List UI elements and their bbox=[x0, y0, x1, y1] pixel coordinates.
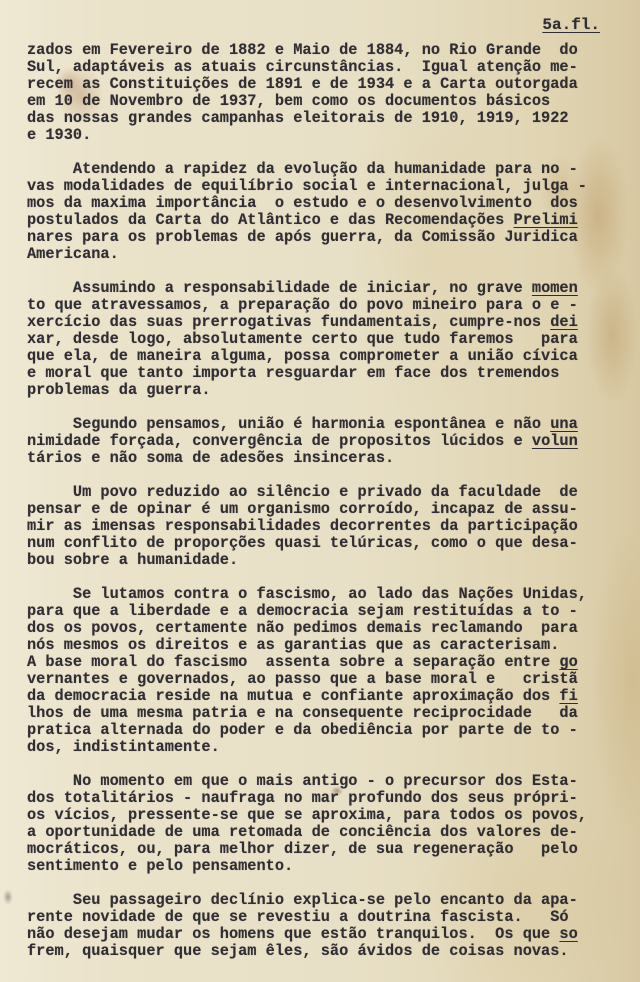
text-line: dos totalitários - naufraga no mar profu… bbox=[27, 790, 587, 807]
text-fragment: vernantes e governados, ao passo que a b… bbox=[27, 670, 578, 688]
paragraph: Segundo pensamos, união é harmonia espon… bbox=[27, 416, 587, 467]
text-line: pensar e de opinar é um organismo corroí… bbox=[27, 501, 587, 518]
text-line: mos da maxima importância o estudo e o d… bbox=[27, 195, 587, 212]
text-fragment: não desejam mudar os homens que estão tr… bbox=[27, 925, 559, 943]
text-fragment: problemas da guerra. bbox=[27, 381, 211, 399]
text-line: para que a liberdade e a democracia seja… bbox=[27, 603, 587, 620]
text-line: postulados da Carta do Atlântico e das R… bbox=[27, 212, 587, 229]
text-line: problemas da guerra. bbox=[27, 382, 587, 399]
text-line: Atendendo a rapidez da evolução da human… bbox=[27, 161, 587, 178]
text-line: das nossas grandes campanhas eleitorais … bbox=[27, 110, 587, 127]
text-fragment: Atendendo a rapidez da evolução da human… bbox=[27, 160, 578, 178]
text-line: sentimento e pelo pensamento. bbox=[27, 858, 587, 875]
text-fragment: A base moral do fascismo assenta sobre a… bbox=[27, 653, 559, 671]
paragraph: Um povo reduzido ao silêncio e privado d… bbox=[27, 484, 587, 569]
text-line: Americana. bbox=[27, 246, 587, 263]
text-fragment: Assumindo a responsabilidade de iniciar,… bbox=[27, 279, 532, 297]
text-line: e moral que tanto importa resguardar em … bbox=[27, 365, 587, 382]
text-line: dos, indistintamente. bbox=[27, 739, 587, 756]
underlined-fragment: go bbox=[559, 653, 577, 671]
text-line: A base moral do fascismo assenta sobre a… bbox=[27, 654, 587, 671]
text-line: bou sobre a humanidade. bbox=[27, 552, 587, 569]
text-line: tários e não soma de adesões insinceras. bbox=[27, 450, 587, 467]
text-fragment: da democracia reside na mutua e confiant… bbox=[27, 687, 559, 705]
text-line: Um povo reduzido ao silêncio e privado d… bbox=[27, 484, 587, 501]
text-line: xar, desde logo, absolutamente certo que… bbox=[27, 331, 587, 348]
text-line: mocráticos, ou, para melhor dizer, de su… bbox=[27, 841, 587, 858]
text-fragment: das nossas grandes campanhas eleitorais … bbox=[27, 109, 569, 127]
text-fragment: rente novidade de que se revestiu a dout… bbox=[27, 908, 569, 926]
text-line: vas modalidades de equilíbrio social e i… bbox=[27, 178, 587, 195]
text-line: lhos de uma mesma patria e na consequent… bbox=[27, 705, 587, 722]
underlined-fragment: una bbox=[550, 415, 578, 433]
text-line: num conflito de proporções quasi telúric… bbox=[27, 535, 587, 552]
text-line: mir as imensas responsabilidades decorre… bbox=[27, 518, 587, 535]
text-line: zados em Fevereiro de 1882 e Maio de 188… bbox=[27, 42, 587, 59]
text-fragment: Um povo reduzido ao silêncio e privado d… bbox=[27, 483, 578, 501]
text-line: em 10 de Novembro de 1937, bem como os d… bbox=[27, 93, 587, 110]
text-fragment: Americana. bbox=[27, 245, 119, 263]
paragraph: zados em Fevereiro de 1882 e Maio de 188… bbox=[27, 42, 587, 144]
page-number: 5a.fl. bbox=[542, 16, 600, 34]
text-fragment: a oportunidade de uma retomada de conciê… bbox=[27, 823, 578, 841]
text-fragment: mocráticos, ou, para melhor dizer, de su… bbox=[27, 840, 578, 858]
paragraph: Assumindo a responsabilidade de iniciar,… bbox=[27, 280, 587, 399]
underlined-fragment: so bbox=[559, 925, 577, 943]
text-line: Sul, adaptáveis as atuais circunstâncias… bbox=[27, 59, 587, 76]
text-line: vernantes e governados, ao passo que a b… bbox=[27, 671, 587, 688]
underlined-fragment: volun bbox=[532, 432, 578, 450]
text-fragment: postulados da Carta do Atlântico e das R… bbox=[27, 211, 514, 229]
text-line: não desejam mudar os homens que estão tr… bbox=[27, 926, 587, 943]
text-fragment: dos, indistintamente. bbox=[27, 738, 220, 756]
text-line: No momento em que o mais antigo - o prec… bbox=[27, 773, 587, 790]
text-fragment: Seu passageiro declínio explica-se pelo … bbox=[27, 891, 578, 909]
text-fragment: para que a liberdade e a democracia seja… bbox=[27, 602, 578, 620]
text-line: Segundo pensamos, união é harmonia espon… bbox=[27, 416, 587, 433]
text-fragment: recem as Constituições de 1891 e de 1934… bbox=[27, 75, 578, 93]
text-line: nares para os problemas de após guerra, … bbox=[27, 229, 587, 246]
underlined-fragment: Prelimi bbox=[514, 211, 578, 229]
paragraph: Atendendo a rapidez da evolução da human… bbox=[27, 161, 587, 263]
text-line: Assumindo a responsabilidade de iniciar,… bbox=[27, 280, 587, 297]
text-fragment: xar, desde logo, absolutamente certo que… bbox=[27, 330, 578, 348]
text-line: Se lutamos contra o fascismo, ao lado da… bbox=[27, 586, 587, 603]
text-fragment: os vícios, pressente-se que se aproxima,… bbox=[27, 806, 587, 824]
text-line: xercício das suas prerrogativas fundamen… bbox=[27, 314, 587, 331]
text-fragment: mir as imensas responsabilidades decorre… bbox=[27, 517, 578, 535]
text-fragment: xercício das suas prerrogativas fundamen… bbox=[27, 313, 550, 331]
text-fragment: sentimento e pelo pensamento. bbox=[27, 857, 293, 875]
text-fragment: Segundo pensamos, união é harmonia espon… bbox=[27, 415, 550, 433]
paragraph: Se lutamos contra o fascismo, ao lado da… bbox=[27, 586, 587, 756]
document-page: 5a.fl. zados em Fevereiro de 1882 e Maio… bbox=[0, 0, 640, 982]
text-fragment: e 1930. bbox=[27, 126, 91, 144]
text-line: da democracia reside na mutua e confiant… bbox=[27, 688, 587, 705]
text-fragment: pensar e de opinar é um organismo corroí… bbox=[27, 500, 578, 518]
text-line: nós mesmos os direitos e as garantias qu… bbox=[27, 637, 587, 654]
text-fragment: e moral que tanto importa resguardar em … bbox=[27, 364, 559, 382]
text-line: nimidade forçada, convergência de propos… bbox=[27, 433, 587, 450]
text-fragment: nimidade forçada, convergência de propos… bbox=[27, 432, 532, 450]
paragraph: Seu passageiro declínio explica-se pelo … bbox=[27, 892, 587, 960]
text-fragment: que ela, de maneira alguma, possa compro… bbox=[27, 347, 578, 365]
text-fragment: em 10 de Novembro de 1937, bem como os d… bbox=[27, 92, 550, 110]
text-fragment: dos totalitários - naufraga no mar profu… bbox=[27, 789, 578, 807]
text-line: to que atravessamos, a preparação do pov… bbox=[27, 297, 587, 314]
underlined-fragment: fi bbox=[559, 687, 577, 705]
text-fragment: Se lutamos contra o fascismo, ao lado da… bbox=[27, 585, 587, 603]
text-fragment: pratica alternada do poder e da obediênc… bbox=[27, 721, 578, 739]
text-fragment: vas modalidades de equilíbrio social e i… bbox=[27, 177, 587, 195]
text-line: dos os povos, certamente não pedimos dem… bbox=[27, 620, 587, 637]
text-line: recem as Constituições de 1891 e de 1934… bbox=[27, 76, 587, 93]
text-fragment: nares para os problemas de após guerra, … bbox=[27, 228, 578, 246]
text-line: e 1930. bbox=[27, 127, 587, 144]
text-fragment: mos da maxima importância o estudo e o d… bbox=[27, 194, 578, 212]
document-body: zados em Fevereiro de 1882 e Maio de 188… bbox=[27, 42, 587, 977]
text-fragment: lhos de uma mesma patria e na consequent… bbox=[27, 704, 578, 722]
text-line: os vícios, pressente-se que se aproxima,… bbox=[27, 807, 587, 824]
text-line: rente novidade de que se revestiu a dout… bbox=[27, 909, 587, 926]
text-line: a oportunidade de uma retomada de conciê… bbox=[27, 824, 587, 841]
text-fragment: to que atravessamos, a preparação do pov… bbox=[27, 296, 578, 314]
text-line: que ela, de maneira alguma, possa compro… bbox=[27, 348, 587, 365]
text-fragment: Sul, adaptáveis as atuais circunstâncias… bbox=[27, 58, 578, 76]
text-line: Seu passageiro declínio explica-se pelo … bbox=[27, 892, 587, 909]
paragraph: No momento em que o mais antigo - o prec… bbox=[27, 773, 587, 875]
underlined-fragment: momen bbox=[532, 279, 578, 297]
text-fragment: zados em Fevereiro de 1882 e Maio de 188… bbox=[27, 41, 578, 59]
text-fragment: bou sobre a humanidade. bbox=[27, 551, 238, 569]
text-fragment: No momento em que o mais antigo - o prec… bbox=[27, 772, 578, 790]
underlined-fragment: dei bbox=[550, 313, 578, 331]
text-fragment: dos os povos, certamente não pedimos dem… bbox=[27, 619, 578, 637]
text-fragment: nós mesmos os direitos e as garantias qu… bbox=[27, 636, 559, 654]
text-fragment: frem, quaisquer que sejam êles, são ávid… bbox=[27, 942, 569, 960]
text-fragment: tários e não soma de adesões insinceras. bbox=[27, 449, 394, 467]
text-fragment: num conflito de proporções quasi telúric… bbox=[27, 534, 578, 552]
text-line: frem, quaisquer que sejam êles, são ávid… bbox=[27, 943, 587, 960]
text-line: pratica alternada do poder e da obediênc… bbox=[27, 722, 587, 739]
